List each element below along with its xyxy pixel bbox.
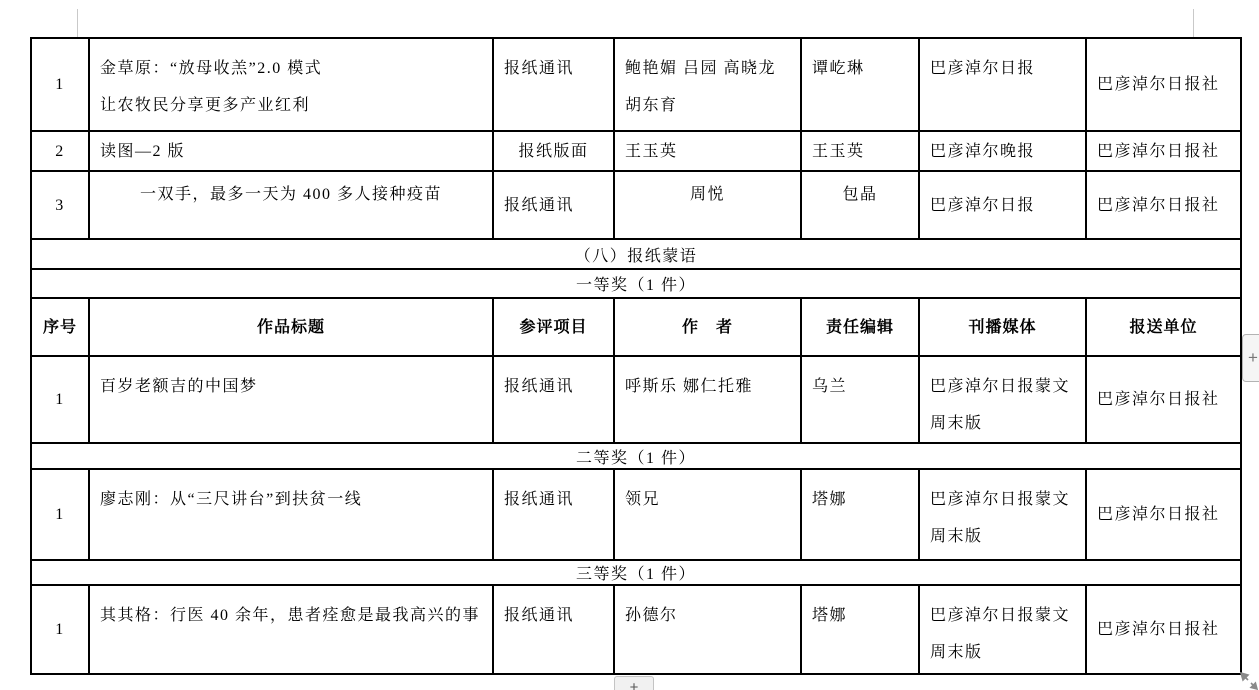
table-row: 二等奖（1 件） xyxy=(31,443,1241,469)
table-row: 1百岁老额吉的中国梦报纸通讯呼斯乐 娜仁托雅乌兰巴彦淖尔日报蒙文 周末版巴彦淖尔… xyxy=(31,356,1241,443)
section-title[interactable]: 二等奖（1 件） xyxy=(31,443,1241,469)
column-header-category[interactable]: 参评项目 xyxy=(493,298,614,356)
table-row: 2读图—2 版报纸版面王玉英王玉英巴彦淖尔晚报巴彦淖尔日报社 xyxy=(31,131,1241,171)
seq-cell[interactable]: 2 xyxy=(31,131,89,171)
authors-cell[interactable]: 呼斯乐 娜仁托雅 xyxy=(614,356,801,443)
authors-cell[interactable]: 孙德尔 xyxy=(614,585,801,674)
add-comment-side-button[interactable]: + xyxy=(1242,334,1259,382)
category-cell[interactable]: 报纸通讯 xyxy=(493,469,614,560)
authors-cell[interactable]: 鲍艳媚 吕园 高晓龙 胡东育 xyxy=(614,38,801,131)
column-header-title[interactable]: 作品标题 xyxy=(89,298,493,356)
title-cell[interactable]: 百岁老额吉的中国梦 xyxy=(89,356,493,443)
section-title[interactable]: 三等奖（1 件） xyxy=(31,560,1241,585)
seq-cell[interactable]: 1 xyxy=(31,469,89,560)
editor-cell[interactable]: 包晶 xyxy=(801,171,919,239)
column-header-authors[interactable]: 作 者 xyxy=(614,298,801,356)
media-cell[interactable]: 巴彦淖尔日报蒙文 周末版 xyxy=(919,356,1086,443)
media-cell[interactable]: 巴彦淖尔日报蒙文 周末版 xyxy=(919,585,1086,674)
add-page-bottom-button[interactable]: + xyxy=(614,676,654,690)
title-cell[interactable]: 一双手，最多一天为 400 多人接种疫苗 xyxy=(89,171,493,239)
column-header-unit[interactable]: 报送单位 xyxy=(1086,298,1241,356)
margin-marker-left xyxy=(77,9,78,37)
table-row: 三等奖（1 件） xyxy=(31,560,1241,585)
editor-cell[interactable]: 谭屹琳 xyxy=(801,38,919,131)
table-row: 1廖志刚：从“三尺讲台”到扶贫一线报纸通讯领兄塔娜巴彦淖尔日报蒙文 周末版巴彦淖… xyxy=(31,469,1241,560)
table-row: 序号作品标题参评项目作 者责任编辑刊播媒体报送单位 xyxy=(31,298,1241,356)
seq-cell[interactable]: 1 xyxy=(31,38,89,131)
title-cell[interactable]: 廖志刚：从“三尺讲台”到扶贫一线 xyxy=(89,469,493,560)
seq-cell[interactable]: 1 xyxy=(31,585,89,674)
title-cell[interactable]: 金草原：“放母收羔”2.0 模式 让农牧民分享更多产业红利 xyxy=(89,38,493,131)
authors-cell[interactable]: 领兄 xyxy=(614,469,801,560)
authors-cell[interactable]: 周悦 xyxy=(614,171,801,239)
media-cell[interactable]: 巴彦淖尔日报 xyxy=(919,38,1086,131)
seq-cell[interactable]: 1 xyxy=(31,356,89,443)
title-cell[interactable]: 读图—2 版 xyxy=(89,131,493,171)
table-row: （八）报纸蒙语 xyxy=(31,239,1241,269)
unit-cell[interactable]: 巴彦淖尔日报社 xyxy=(1086,469,1241,560)
category-cell[interactable]: 报纸版面 xyxy=(493,131,614,171)
media-cell[interactable]: 巴彦淖尔日报 xyxy=(919,171,1086,239)
table-row: 1其其格：行医 40 余年，患者痊愈是最我高兴的事报纸通讯孙德尔塔娜巴彦淖尔日报… xyxy=(31,585,1241,674)
authors-cell[interactable]: 王玉英 xyxy=(614,131,801,171)
column-header-media[interactable]: 刊播媒体 xyxy=(919,298,1086,356)
editor-cell[interactable]: 王玉英 xyxy=(801,131,919,171)
category-cell[interactable]: 报纸通讯 xyxy=(493,38,614,131)
editor-cell[interactable]: 塔娜 xyxy=(801,585,919,674)
category-cell[interactable]: 报纸通讯 xyxy=(493,356,614,443)
title-cell[interactable]: 其其格：行医 40 余年，患者痊愈是最我高兴的事 xyxy=(89,585,493,674)
margin-marker-right xyxy=(1193,9,1194,37)
editor-cell[interactable]: 乌兰 xyxy=(801,356,919,443)
editor-cell[interactable]: 塔娜 xyxy=(801,469,919,560)
column-header-seq[interactable]: 序号 xyxy=(31,298,89,356)
section-title[interactable]: （八）报纸蒙语 xyxy=(31,239,1241,269)
media-cell[interactable]: 巴彦淖尔日报蒙文 周末版 xyxy=(919,469,1086,560)
table-row: 一等奖（1 件） xyxy=(31,269,1241,298)
column-header-editor[interactable]: 责任编辑 xyxy=(801,298,919,356)
unit-cell[interactable]: 巴彦淖尔日报社 xyxy=(1086,171,1241,239)
table-resize-handle-icon[interactable] xyxy=(1238,670,1259,690)
category-cell[interactable]: 报纸通讯 xyxy=(493,171,614,239)
media-cell[interactable]: 巴彦淖尔晚报 xyxy=(919,131,1086,171)
unit-cell[interactable]: 巴彦淖尔日报社 xyxy=(1086,131,1241,171)
unit-cell[interactable]: 巴彦淖尔日报社 xyxy=(1086,38,1241,131)
unit-cell[interactable]: 巴彦淖尔日报社 xyxy=(1086,356,1241,443)
section-title[interactable]: 一等奖（1 件） xyxy=(31,269,1241,298)
table-row: 1金草原：“放母收羔”2.0 模式 让农牧民分享更多产业红利报纸通讯鲍艳媚 吕园… xyxy=(31,38,1241,131)
document-page: 1金草原：“放母收羔”2.0 模式 让农牧民分享更多产业红利报纸通讯鲍艳媚 吕园… xyxy=(0,0,1259,690)
seq-cell[interactable]: 3 xyxy=(31,171,89,239)
unit-cell[interactable]: 巴彦淖尔日报社 xyxy=(1086,585,1241,674)
category-cell[interactable]: 报纸通讯 xyxy=(493,585,614,674)
awards-table: 1金草原：“放母收羔”2.0 模式 让农牧民分享更多产业红利报纸通讯鲍艳媚 吕园… xyxy=(30,37,1242,675)
table-row: 3一双手，最多一天为 400 多人接种疫苗报纸通讯周悦包晶巴彦淖尔日报巴彦淖尔日… xyxy=(31,171,1241,239)
